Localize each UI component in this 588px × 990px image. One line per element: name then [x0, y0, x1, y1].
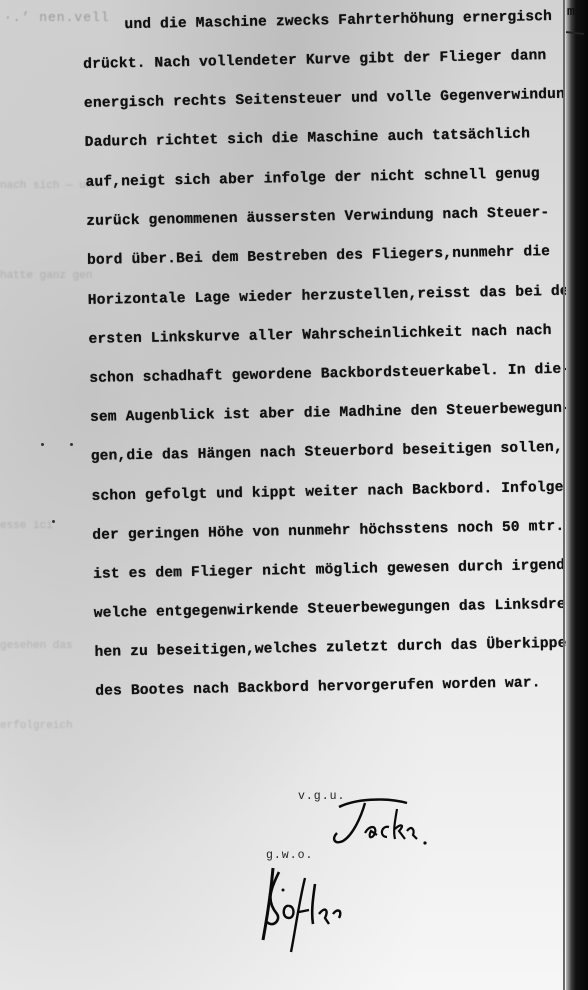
text-line: Dadurch richtet sich die Maschine auch t…	[85, 126, 531, 151]
text-line: ersten Linkskurve aller Wahrscheinlichke…	[88, 323, 551, 348]
text-line: des Bootes nach Backbord hervorgerufen w…	[95, 675, 541, 700]
text-line: der geringen Höhe von nunmehr höchsstens…	[92, 519, 564, 544]
text-line: sem Augenblick ist aber die Madhine den …	[90, 401, 571, 426]
text-line: energisch rechts Seitensteuer und volle …	[84, 87, 565, 112]
text-line: zurück genommenen äussersten Verwindung …	[86, 205, 549, 230]
text-line: Horizontale Lage wieder herzustellen,rei…	[88, 284, 569, 309]
document-page: ·.’ nen.vell nach sich — uns hatte ganz …	[0, 0, 588, 990]
text-line: drückt. Nach vollendeter Kurve gibt der …	[83, 48, 546, 73]
signature-tacke	[325, 795, 435, 855]
gwo-label: g.w.o.	[266, 849, 313, 862]
text-line: gen,die das Hängen nach Steuerbord besei…	[91, 440, 563, 465]
text-line: hen zu beseitigen,welches zuletzt durch …	[94, 636, 575, 661]
text-line: schon schadhaft gewordene Backbordsteuer…	[89, 362, 570, 387]
text-line: und die Maschine zwecks Fahrterhöhung er…	[124, 9, 552, 33]
margin-mark: m	[567, 4, 575, 19]
text-line: auf,neigt sich aber infolge der nicht sc…	[85, 166, 540, 191]
page-edge-line	[563, 0, 565, 990]
signature-koehler	[255, 862, 350, 957]
text-line: ist es dem Flieger nicht möglich gewesen…	[93, 558, 574, 583]
text-line: welche entgegenwirkende Steuerbewegungen…	[94, 597, 575, 622]
text-line: schon gefolgt und kippt weiter nach Back…	[91, 480, 563, 505]
typewritten-body: und die Maschine zwecks Fahrterhöhung er…	[0, 0, 574, 761]
text-line: bord über.Bei dem Bestreben des Fliegers…	[87, 244, 550, 269]
binding-shadow	[566, 0, 588, 990]
